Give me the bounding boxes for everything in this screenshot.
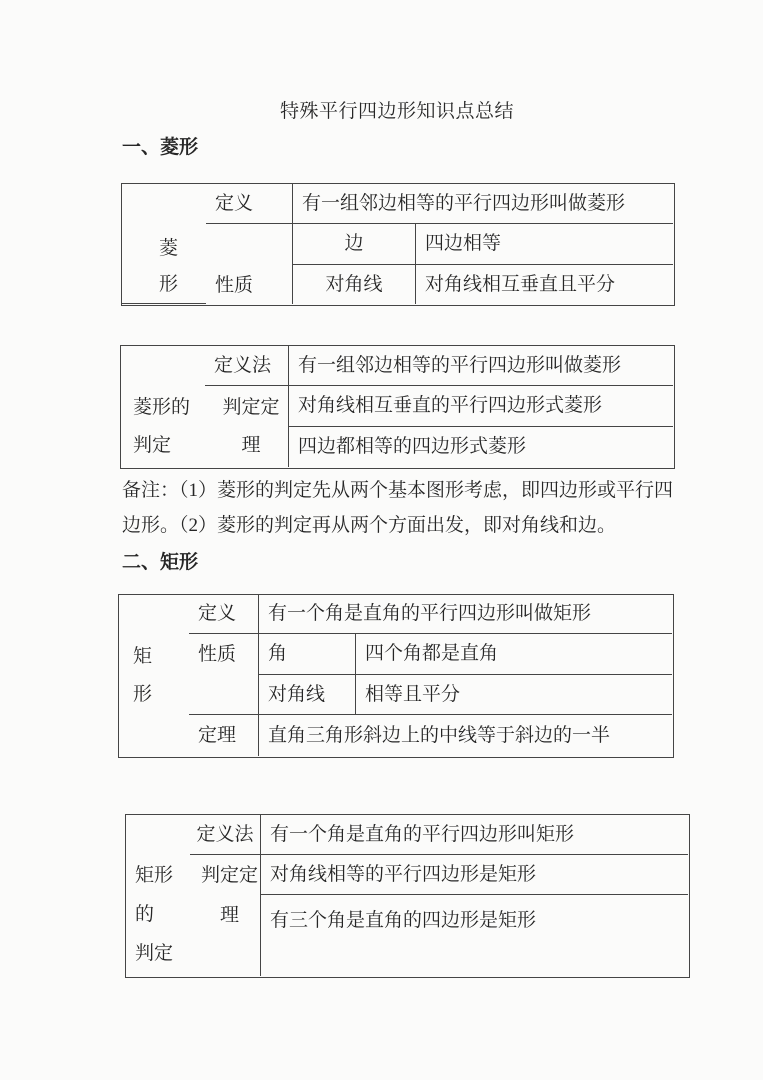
table-row-header: 矩 形 xyxy=(119,595,189,756)
row-header-line: 矩 xyxy=(133,638,189,676)
note-line-2: 边形。（2）菱形的判定再从两个方面出发，即对角线和边。 xyxy=(122,508,687,543)
definition-label-cell: 定义 xyxy=(189,595,259,634)
theorem-label-line: 理 xyxy=(214,427,288,465)
definition-text-cell: 有一个角是直角的平行四边形叫矩形 xyxy=(261,815,688,855)
table-row-header: 菱 形 xyxy=(122,184,206,304)
row-header-line: 矩形 xyxy=(135,856,190,895)
judgement-rule-text: 有三个角是直角的四边形是矩形 xyxy=(270,901,688,941)
table-row-header: 矩形 的 判定 xyxy=(126,815,190,976)
aspect-cell: 对角线 xyxy=(293,265,416,304)
section-heading-rhombus: 一、菱形 xyxy=(122,138,198,158)
table-row-header: 菱形的 判定 xyxy=(121,346,205,467)
row-header-line: 形 xyxy=(131,267,206,303)
section-heading-rectangle: 二、矩形 xyxy=(122,553,198,573)
rectangle-judgement-table: 矩形 的 判定 定义法 有一个角是直角的平行四边形叫矩形 判定定 理 对角线相等… xyxy=(125,814,690,978)
theorem-label-line: 理 xyxy=(199,896,260,936)
definition-text-cell: 有一个角是直角的平行四边形叫做矩形 xyxy=(259,595,672,634)
note-line-1: 备注：（1）菱形的判定先从两个基本图形考虑，即四边形或平行四 xyxy=(122,473,687,508)
definition-method-label-cell: 定义法 xyxy=(190,815,261,855)
rhombus-judgement-table: 菱形的 判定 定义法 有一组邻边相等的平行四边形叫做菱形 判定定 理 对角线相互… xyxy=(120,345,675,469)
row-header-line: 的 xyxy=(135,895,190,934)
row-header-line: 菱形的 xyxy=(133,389,205,427)
page-title: 特殊平行四边形知识点总结 xyxy=(122,101,672,123)
row-header-line: 菱 xyxy=(131,231,206,267)
definition-text-cell: 有一组邻边相等的平行四边形叫做菱形 xyxy=(293,184,673,224)
judgement-rule-cell: 对角线相互垂直的平行四边形式菱形 xyxy=(289,386,673,427)
properties-label-cell: 性质 xyxy=(206,224,293,304)
rhombus-properties-table: 菱 形 定义 有一组邻边相等的平行四边形叫做菱形 性质 边 四边相等 对角线 对… xyxy=(121,183,675,306)
theorem-label-line: 判定定 xyxy=(214,389,288,427)
judgement-rule-cell: 有三个角是直角的四边形是矩形 xyxy=(261,895,688,976)
value-cell: 四边相等 xyxy=(416,224,673,265)
theorem-label-line: 判定定 xyxy=(199,856,260,896)
rectangle-properties-table: 矩 形 定义 有一个角是直角的平行四边形叫做矩形 性质 角 四个角都是直角 对角… xyxy=(118,594,674,758)
aspect-cell: 边 xyxy=(293,224,416,265)
value-cell: 相等且平分 xyxy=(356,675,672,715)
note-text: 备注：（1）菱形的判定先从两个基本图形考虑，即四边形或平行四 边形。（2）菱形的… xyxy=(122,473,687,543)
document-page: { "colors": { "text": "#262626", "border… xyxy=(0,0,763,1080)
properties-label: 性质 xyxy=(198,636,258,674)
properties-label-cell: 性质 xyxy=(189,634,259,715)
row-header-line: 形 xyxy=(133,676,189,714)
aspect-cell: 对角线 xyxy=(259,675,356,715)
definition-label-cell: 定义 xyxy=(206,184,293,224)
definition-text-cell: 有一组邻边相等的平行四边形叫做菱形 xyxy=(289,346,673,386)
row-header-line: 判定 xyxy=(133,427,205,465)
value-cell: 四个角都是直角 xyxy=(356,634,672,675)
value-cell: 对角线相互垂直且平分 xyxy=(416,265,673,304)
judgement-rule-cell: 四边都相等的四边形式菱形 xyxy=(289,427,673,467)
theorem-label-cell: 判定定 理 xyxy=(205,386,289,467)
judgement-rule-cell: 对角线相等的平行四边形是矩形 xyxy=(261,855,688,895)
theorem-label-cell: 判定定 理 xyxy=(190,855,261,976)
theorem-label-cell: 定理 xyxy=(189,715,259,756)
aspect-cell: 角 xyxy=(259,634,356,675)
theorem-text-cell: 直角三角形斜边上的中线等于斜边的一半 xyxy=(259,715,672,756)
definition-method-label-cell: 定义法 xyxy=(205,346,289,386)
row-header-line: 判定 xyxy=(135,934,190,973)
properties-label: 性质 xyxy=(215,268,292,304)
